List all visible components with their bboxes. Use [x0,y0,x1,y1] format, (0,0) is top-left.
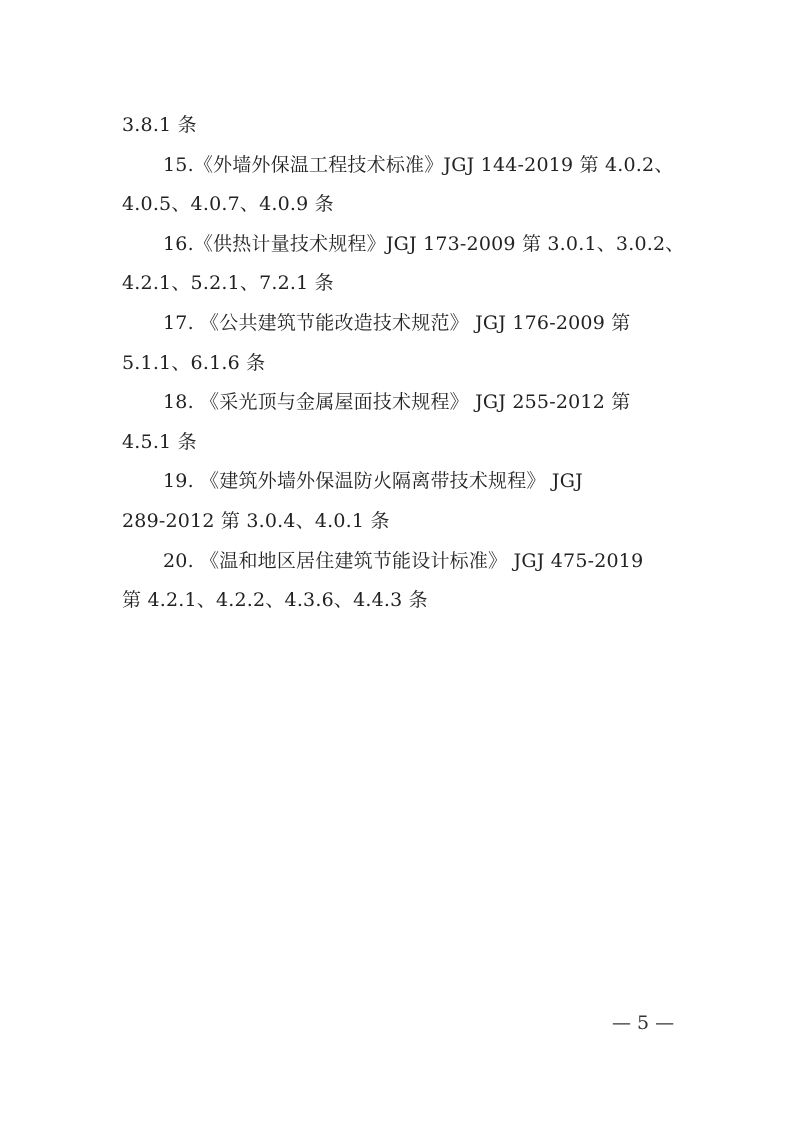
text-line-continuation: 3.8.1 条 [122,106,682,146]
list-item-18: 18. 《采光顶与金属屋面技术规程》 JGJ 255-2012 第 [122,383,682,423]
page-number: — 5 — [612,1008,674,1038]
list-item-20: 20. 《温和地区居住建筑节能设计标准》 JGJ 475-2019 [122,542,682,582]
list-item-17: 17. 《公共建筑节能改造技术规范》 JGJ 176-2009 第 [122,304,682,344]
list-item-19-continuation: 289-2012 第 3.0.4、4.0.1 条 [122,502,682,542]
document-page: 3.8.1 条 15.《外墙外保温工程技术标准》JGJ 144-2019 第 4… [0,0,800,1131]
list-item-18-continuation: 4.5.1 条 [122,423,682,463]
list-item-17-continuation: 5.1.1、6.1.6 条 [122,344,682,384]
document-body: 3.8.1 条 15.《外墙外保温工程技术标准》JGJ 144-2019 第 4… [122,106,682,621]
list-item-15-continuation: 4.0.5、4.0.7、4.0.9 条 [122,185,682,225]
list-item-19: 19. 《建筑外墙外保温防火隔离带技术规程》 JGJ [122,462,682,502]
list-item-20-continuation: 第 4.2.1、4.2.2、4.3.6、4.4.3 条 [122,581,682,621]
list-item-16-continuation: 4.2.1、5.2.1、7.2.1 条 [122,264,682,304]
list-item-15: 15.《外墙外保温工程技术标准》JGJ 144-2019 第 4.0.2、 [122,146,682,186]
list-item-16: 16.《供热计量技术规程》JGJ 173-2009 第 3.0.1、3.0.2、 [122,225,682,265]
